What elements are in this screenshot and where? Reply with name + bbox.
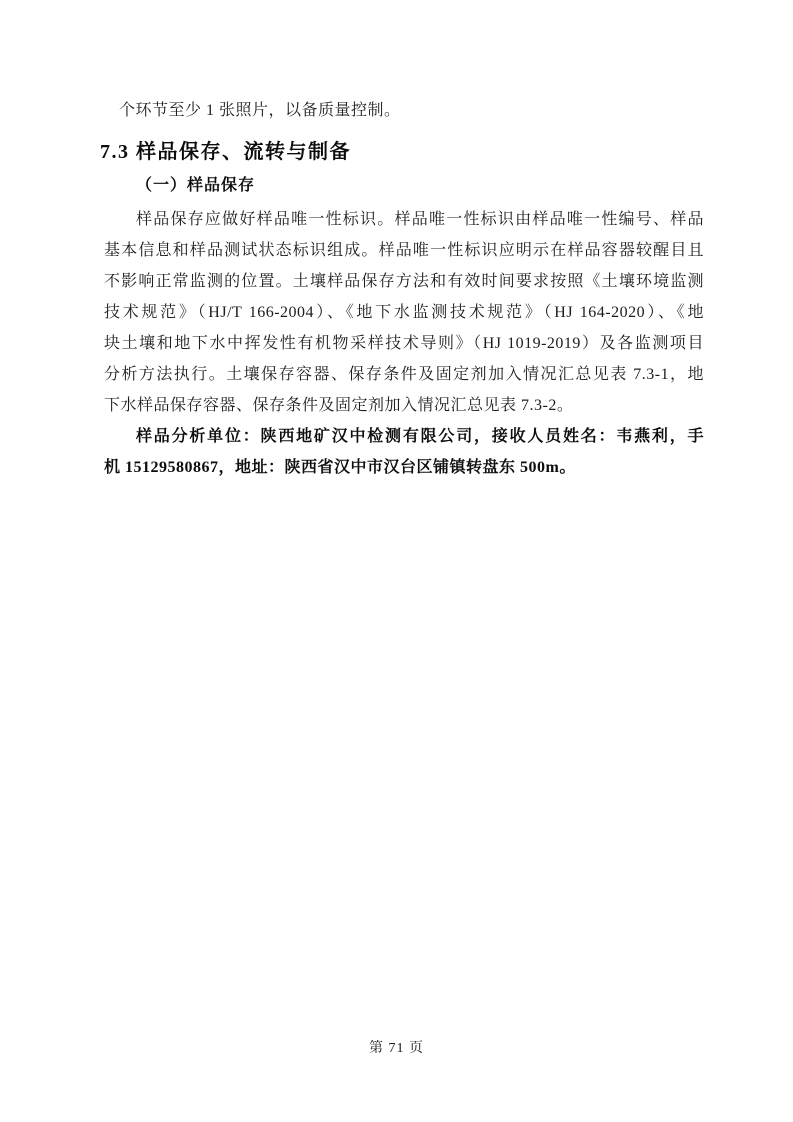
page-number: 第 71 页 (369, 1041, 424, 1056)
sample-storage-paragraph: 样品保存应做好样品唯一性标识。样品唯一性标识由样品唯一性编号、样品 基本信息和样… (104, 204, 704, 421)
body-line: 下水样品保存容器、保存条件及固定剂加入情况汇总见表 7.3-2。 (104, 390, 704, 421)
body-line: 分析方法执行。土壤保存容器、保存条件及固定剂加入情况汇总见表 7.3-1，地 (104, 359, 704, 390)
bold-line: 样品分析单位：陕西地矿汉中检测有限公司，接收人员姓名：韦燕利，手 (104, 421, 704, 452)
page-footer: 第 71 页 (0, 1040, 793, 1057)
body-line: 不影响正常监测的位置。土壤样品保存方法和有效时间要求按照《土壤环境监测 (104, 266, 704, 297)
bold-line: 机 15129580867，地址：陕西省汉中市汉台区铺镇转盘东 500m。 (104, 452, 704, 483)
subsection-heading: （一）样品保存 (136, 172, 255, 195)
analysis-unit-paragraph: 样品分析单位：陕西地矿汉中检测有限公司，接收人员姓名：韦燕利，手 机 15129… (104, 421, 704, 483)
body-line: 块土壤和地下水中挥发性有机物采样技术导则》（HJ 1019-2019）及各监测项… (104, 328, 704, 359)
paragraph-continuation-line: 个环节至少 1 张照片，以备质量控制。 (119, 100, 401, 122)
body-line: 技术规范》（HJ/T 166-2004）、《地下水监测技术规范》（HJ 164-… (104, 297, 704, 328)
section-heading: 7.3 样品保存、流转与制备 (100, 135, 351, 164)
body-line: 基本信息和样品测试状态标识组成。样品唯一性标识应明示在样品容器较醒目且 (104, 235, 704, 266)
body-line: 样品保存应做好样品唯一性标识。样品唯一性标识由样品唯一性编号、样品 (104, 204, 704, 235)
document-page: 个环节至少 1 张照片，以备质量控制。 7.3 样品保存、流转与制备 （一）样品… (0, 0, 793, 1122)
